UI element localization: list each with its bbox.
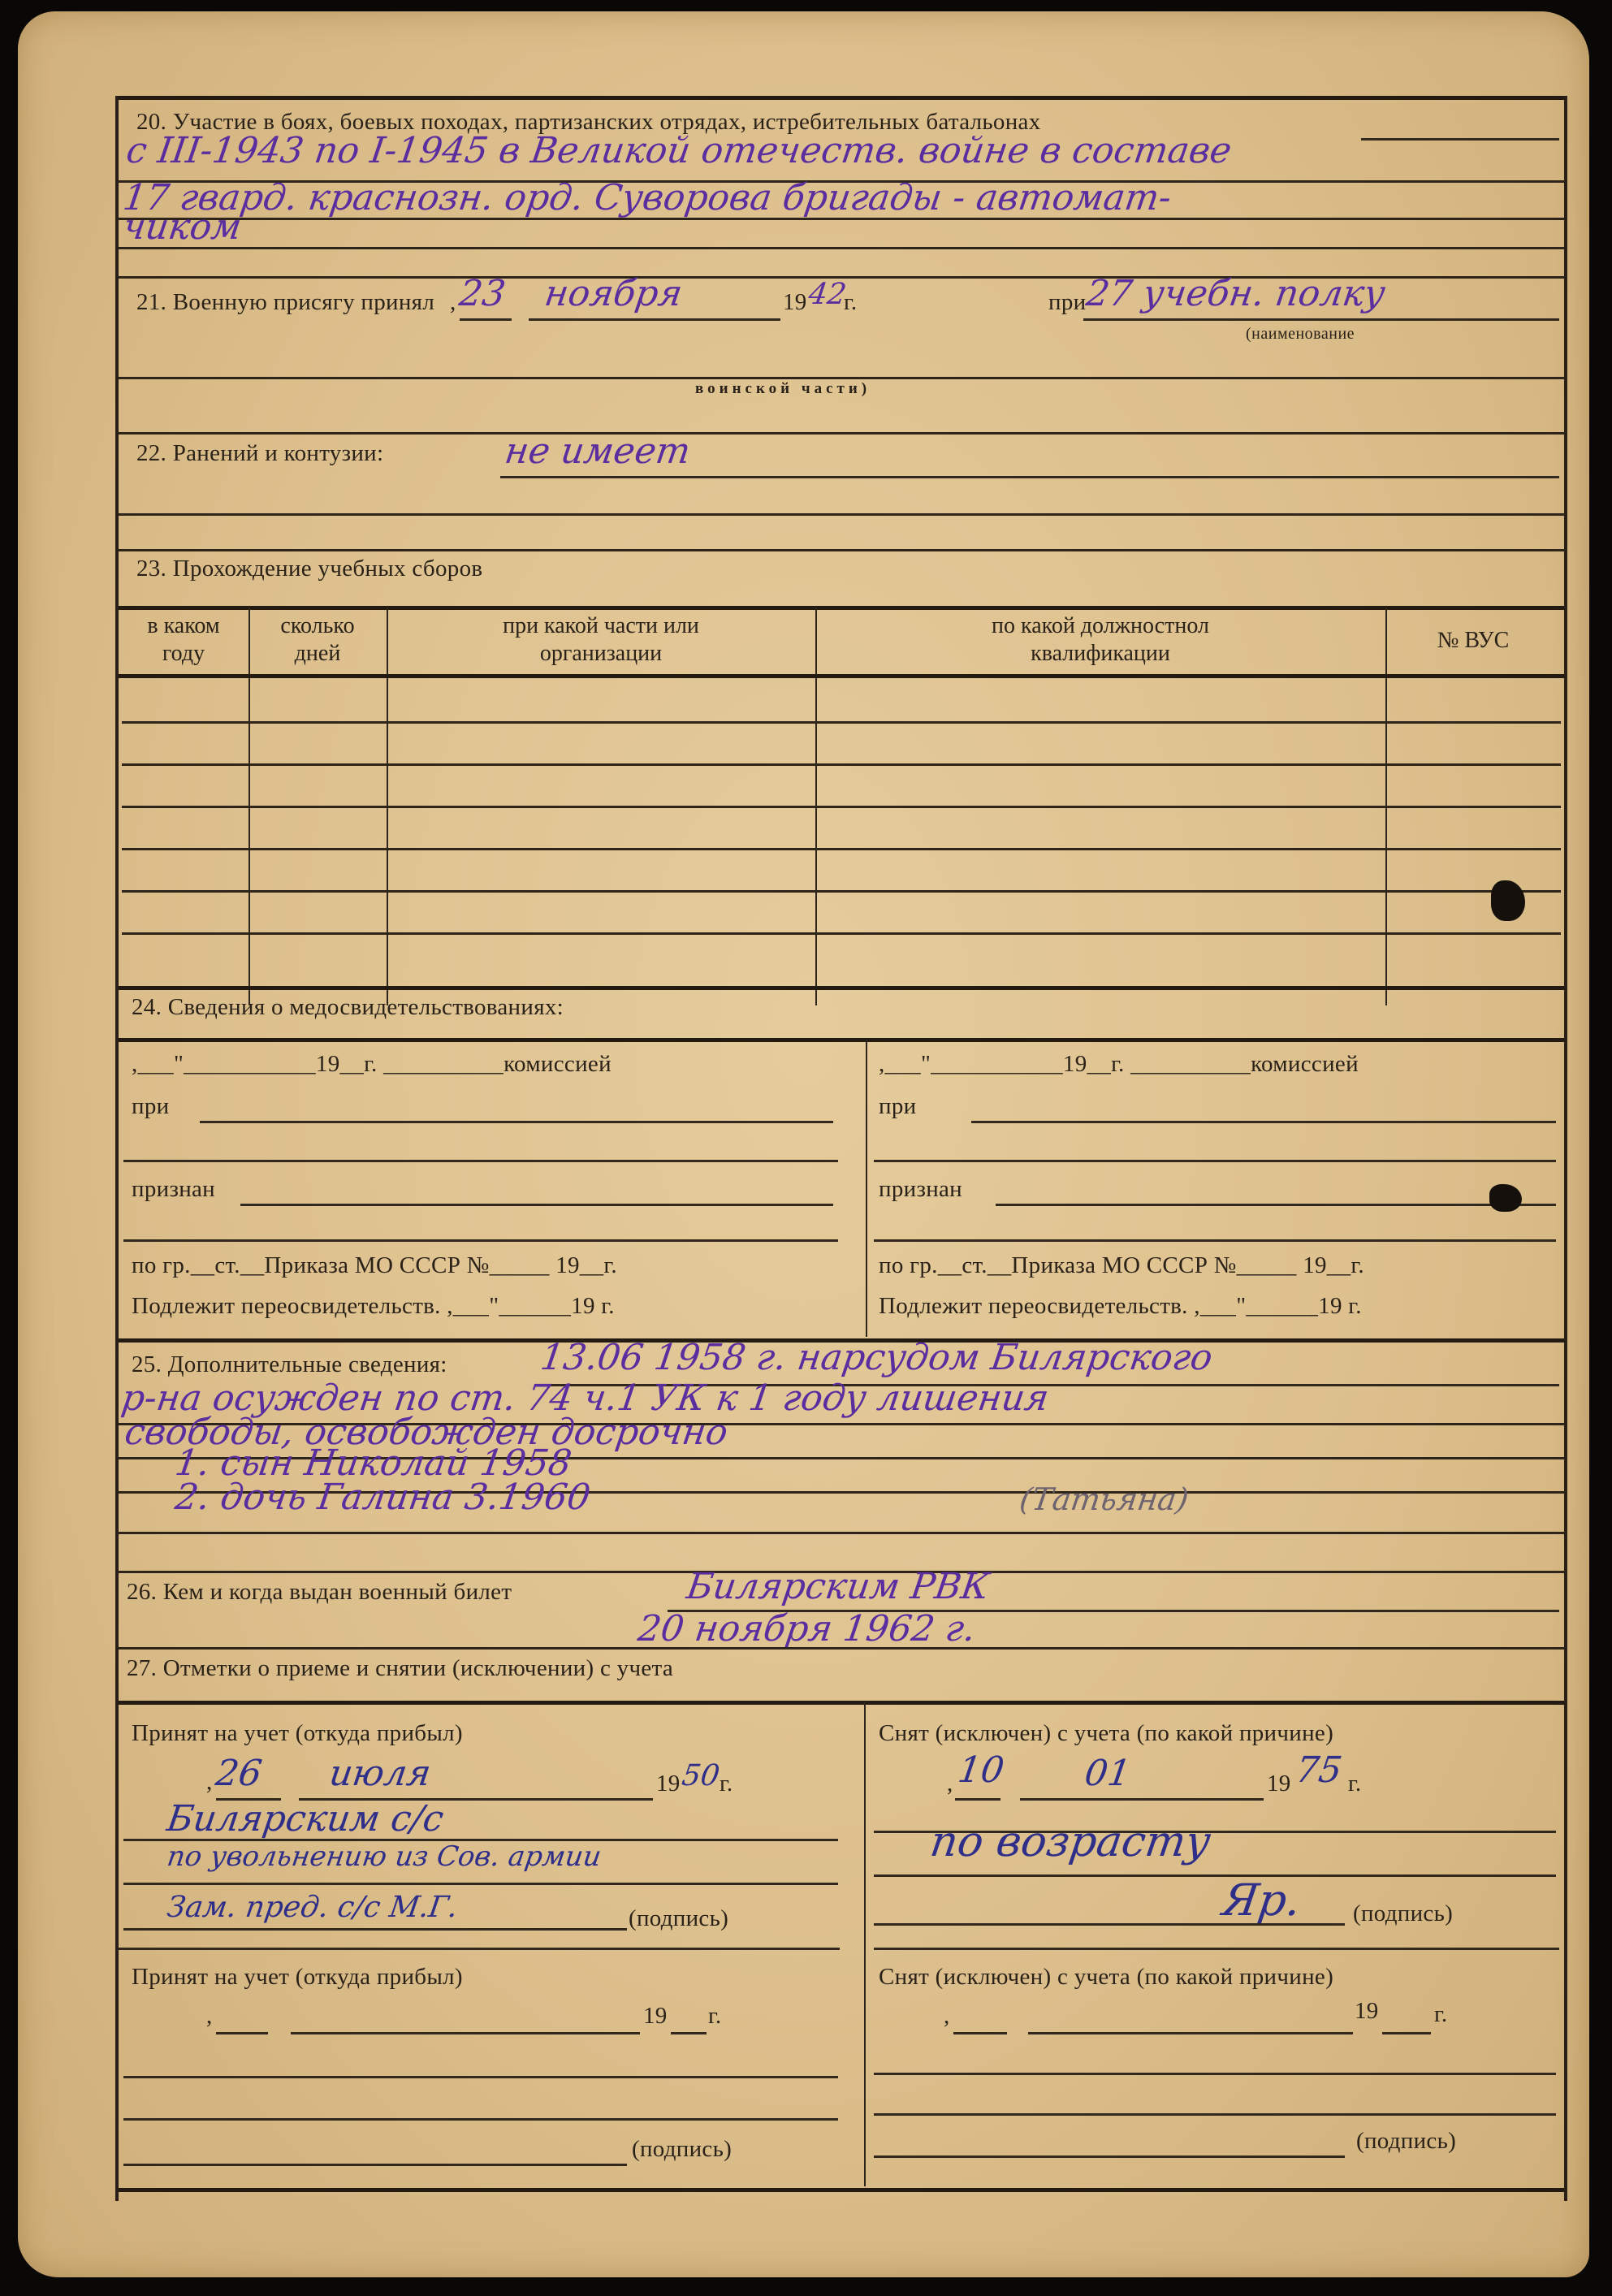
col-unit-l2: организации	[387, 640, 815, 668]
s24-left-line	[123, 1160, 838, 1162]
s27-e2-rem-year-g: г.	[1434, 2001, 1447, 2028]
s27-e1-acc-line-2	[123, 1883, 838, 1885]
s24-right-at-line	[971, 1121, 1556, 1123]
s23-col-unit: при какой части или организации	[387, 612, 815, 668]
s27-e1-accepted-label: Принят на учет (откуда прибыл)	[132, 1720, 463, 1747]
s21-caption-1: (наименование	[1246, 325, 1355, 344]
s21-day: 23	[456, 273, 508, 314]
s24-left-found-line	[240, 1204, 833, 1206]
s26-rule-2	[119, 1647, 1564, 1650]
s24-right-found-line	[996, 1204, 1556, 1206]
ink-blot	[1489, 1184, 1522, 1212]
top-border	[119, 96, 1564, 100]
s24-left-found: признан	[132, 1176, 215, 1203]
s27-e1-left-bottom	[119, 1948, 840, 1950]
s27-e2-acc-line-1	[123, 2076, 838, 2078]
s27-e1-rem-year-prefix: 19	[1267, 1771, 1291, 1797]
s25-rule-5	[119, 1532, 1564, 1534]
s27-e2-rem-line-1	[874, 2073, 1556, 2075]
s25-line-1: 13.06 1958 г. нарсудом Билярского	[538, 1337, 1215, 1378]
table-row	[122, 721, 1561, 724]
s20-text-line-1: с III-1943 по I-1945 в Великой отечеств.…	[123, 130, 1234, 171]
s21-line-2	[119, 377, 1564, 379]
s23-col-year: в каком году	[119, 612, 248, 668]
s25-line-5: 2. дочь Галина 3.1960	[172, 1477, 593, 1518]
s27-e1-acc-reason: по увольнению из Сов. армии	[165, 1840, 603, 1873]
s21-unit-line	[1083, 318, 1559, 321]
s27-e1-rem-day: 10	[955, 1749, 1006, 1791]
s27-e2-acc-day-line	[216, 2032, 268, 2034]
s27-e1-acc-day: 26	[213, 1753, 264, 1794]
col-days-l2: дней	[248, 640, 387, 668]
table-row	[122, 848, 1561, 850]
s27-e2-acc-sig-caption: (подпись)	[632, 2136, 732, 2163]
s20-line-2	[119, 218, 1564, 220]
s27-e1-rem-day-line	[955, 1798, 1000, 1801]
s24-divider	[866, 1040, 867, 1337]
s24-right-line	[874, 1160, 1556, 1162]
s20-line-3	[119, 247, 1564, 249]
s23-col-days: сколько дней	[248, 612, 387, 668]
s21-month-line	[529, 318, 780, 321]
s21-day-line	[460, 318, 512, 321]
s27-e2-rem-month-line	[1028, 2032, 1353, 2034]
s27-e2-acc-month-line	[291, 2032, 640, 2034]
col-days-l1: сколько	[248, 612, 387, 640]
col-year-l1: в каком	[119, 612, 248, 640]
s27-e1-rem-month: 01	[1082, 1753, 1133, 1794]
s27-e1-acc-sig-caption: (подпись)	[629, 1905, 728, 1932]
quote-open: ,	[947, 1771, 953, 1797]
s27-e2-rem-day-line	[953, 2032, 1007, 2034]
col-unit-l1: при какой части или	[387, 612, 815, 640]
s27-e1-acc-year-prefix: 19	[656, 1771, 681, 1797]
s20-text-line-3: чиком	[120, 206, 244, 248]
s27-e2-acc-line-2	[123, 2118, 838, 2121]
s27-e2-rem-sig-caption: (подпись)	[1356, 2128, 1456, 2155]
s21-caption-2: воинской части)	[695, 380, 871, 398]
s24-right-date: ,___"___________19__г. __________комисси…	[879, 1051, 1359, 1078]
s27-top-rule	[119, 1701, 1564, 1705]
s21-month: ноября	[542, 273, 685, 314]
s24-left-date: ,___"___________19__г. __________комисси…	[132, 1051, 612, 1078]
s21-year-g: г.	[844, 289, 857, 316]
s27-e1-acc-from: Билярским с/с	[164, 1798, 446, 1840]
s27-e2-rem-year-prefix: 19	[1355, 1998, 1379, 2025]
s22-label: 22. Ранений и контузии:	[136, 440, 383, 467]
s27-e1-rem-year-suffix: 75	[1293, 1749, 1344, 1791]
s27-e1-rem-year-g: г.	[1348, 1771, 1361, 1797]
s27-e1-rem-reason: по возрасту	[927, 1818, 1214, 1866]
s20-text-line-2: 17 гвард. краснозн. орд. Суворова бригад…	[120, 177, 1173, 218]
s27-e2-acc-sig-line	[123, 2164, 627, 2166]
s27-e2-rem-year-line	[1382, 2032, 1431, 2034]
s27-e1-acc-sig-line	[123, 1928, 627, 1931]
s24-left-at: при	[132, 1093, 169, 1120]
s20-line-0	[1361, 138, 1559, 141]
s27-e1-rem-signature: Яр.	[1220, 1874, 1304, 1926]
s22-line-2	[119, 513, 1564, 516]
s26-label: 26. Кем и когда выдан военный билет	[127, 1579, 512, 1606]
s27-e2-acc-year-prefix: 19	[643, 2003, 668, 2030]
s21-at-label: при	[1048, 289, 1086, 316]
s27-e1-rem-line-2	[874, 1874, 1556, 1877]
ink-blot	[1491, 880, 1525, 921]
s25-label: 25. Дополнительные сведения:	[132, 1351, 447, 1378]
s24-label: 24. Сведения о медосвидетельствованиях:	[132, 994, 564, 1021]
quote-open: ,	[206, 2003, 213, 2030]
s27-e2-acc-year-g: г.	[708, 2003, 721, 2030]
col-qual-l1: по какой должностнол	[815, 612, 1385, 640]
s24-right-at: при	[879, 1093, 916, 1120]
table-row	[122, 932, 1561, 935]
s27-e2-removed-label: Снят (исключен) с учета (по какой причин…	[879, 1964, 1333, 1991]
s21-label: 21. Военную присягу принял	[136, 289, 434, 316]
s24-top-rule	[119, 1038, 1564, 1042]
s24-left-recheck: Подлежит переосвидетельств. ,___"______1…	[132, 1293, 615, 1320]
s22-top-rule	[119, 432, 1564, 435]
s24-left-at-line	[200, 1121, 833, 1123]
s22-line	[500, 476, 1559, 478]
s25-pencil-note: (Татьяна)	[1018, 1481, 1191, 1517]
s22-line-3	[119, 549, 1564, 551]
s24-right-order: по гр.__ст.__Приказа МО СССР №_____ 19__…	[879, 1252, 1364, 1279]
table-row	[122, 763, 1561, 766]
s27-e1-rem-month-line	[1020, 1798, 1264, 1801]
s23-label: 23. Прохождение учебных сборов	[136, 556, 482, 582]
s23-col-qualification: по какой должностнол квалификации	[815, 612, 1385, 668]
s27-divider	[864, 1702, 866, 2186]
table-row	[122, 890, 1561, 893]
col-vus-l1: № ВУС	[1385, 627, 1561, 655]
col-year-l2: году	[119, 640, 248, 668]
s27-e2-rem-line-2	[874, 2113, 1556, 2116]
s24-left-order: по гр.__ст.__Приказа МО СССР №_____ 19__…	[132, 1252, 617, 1279]
s21-unit: 27 учебн. полку	[1083, 273, 1388, 314]
s27-e2-acc-year-line	[671, 2032, 707, 2034]
quote-open: ,	[944, 2003, 950, 2030]
s23-table-top	[119, 606, 1564, 610]
s24-right-line2	[874, 1239, 1556, 1242]
quote-open: ,	[450, 289, 456, 316]
s27-e2-accepted-label: Принят на учет (откуда прибыл)	[132, 1964, 463, 1991]
table-row	[122, 806, 1561, 808]
s27-e1-acc-month: июля	[326, 1753, 433, 1794]
s27-e1-acc-signature: Зам. пред. с/с М.Г.	[165, 1891, 460, 1924]
s27-e1-rem-sig-line	[874, 1923, 1345, 1926]
s27-e1-removed-label: Снят (исключен) с учета (по какой причин…	[879, 1720, 1333, 1747]
s27-e2-rem-sig-line	[874, 2155, 1345, 2158]
s24-right-found: признан	[879, 1176, 962, 1203]
s27-e1-right-bottom	[874, 1948, 1559, 1950]
s27-e1-acc-year-suffix: 50	[680, 1759, 722, 1792]
s26-issuer: Билярским РВК	[684, 1566, 992, 1607]
quote-open: ,	[206, 1769, 213, 1796]
col-qual-l2: квалификации	[815, 640, 1385, 668]
s24-right-recheck: Подлежит переосвидетельств. ,___"______1…	[879, 1293, 1362, 1320]
s22-value: не имеет	[502, 430, 693, 472]
s21-year-prefix: 19	[783, 289, 807, 316]
s27-label: 27. Отметки о приеме и снятии (исключени…	[127, 1655, 673, 1682]
bottom-border	[119, 2188, 1564, 2192]
s23-header-bottom	[119, 674, 1564, 678]
s26-date: 20 ноября 1962 г.	[635, 1608, 978, 1650]
s23-col-vus: № ВУС	[1385, 627, 1561, 655]
s24-left-line2	[123, 1239, 838, 1242]
s27-e1-acc-year-g: г.	[720, 1771, 733, 1797]
form-frame: 20. Участие в боях, боевых походах, парт…	[115, 96, 1567, 2201]
s21-year-suffix: 42	[806, 278, 849, 311]
s27-e1-rem-sig-caption: (подпись)	[1353, 1900, 1453, 1927]
s23-table-bottom	[119, 986, 1564, 990]
